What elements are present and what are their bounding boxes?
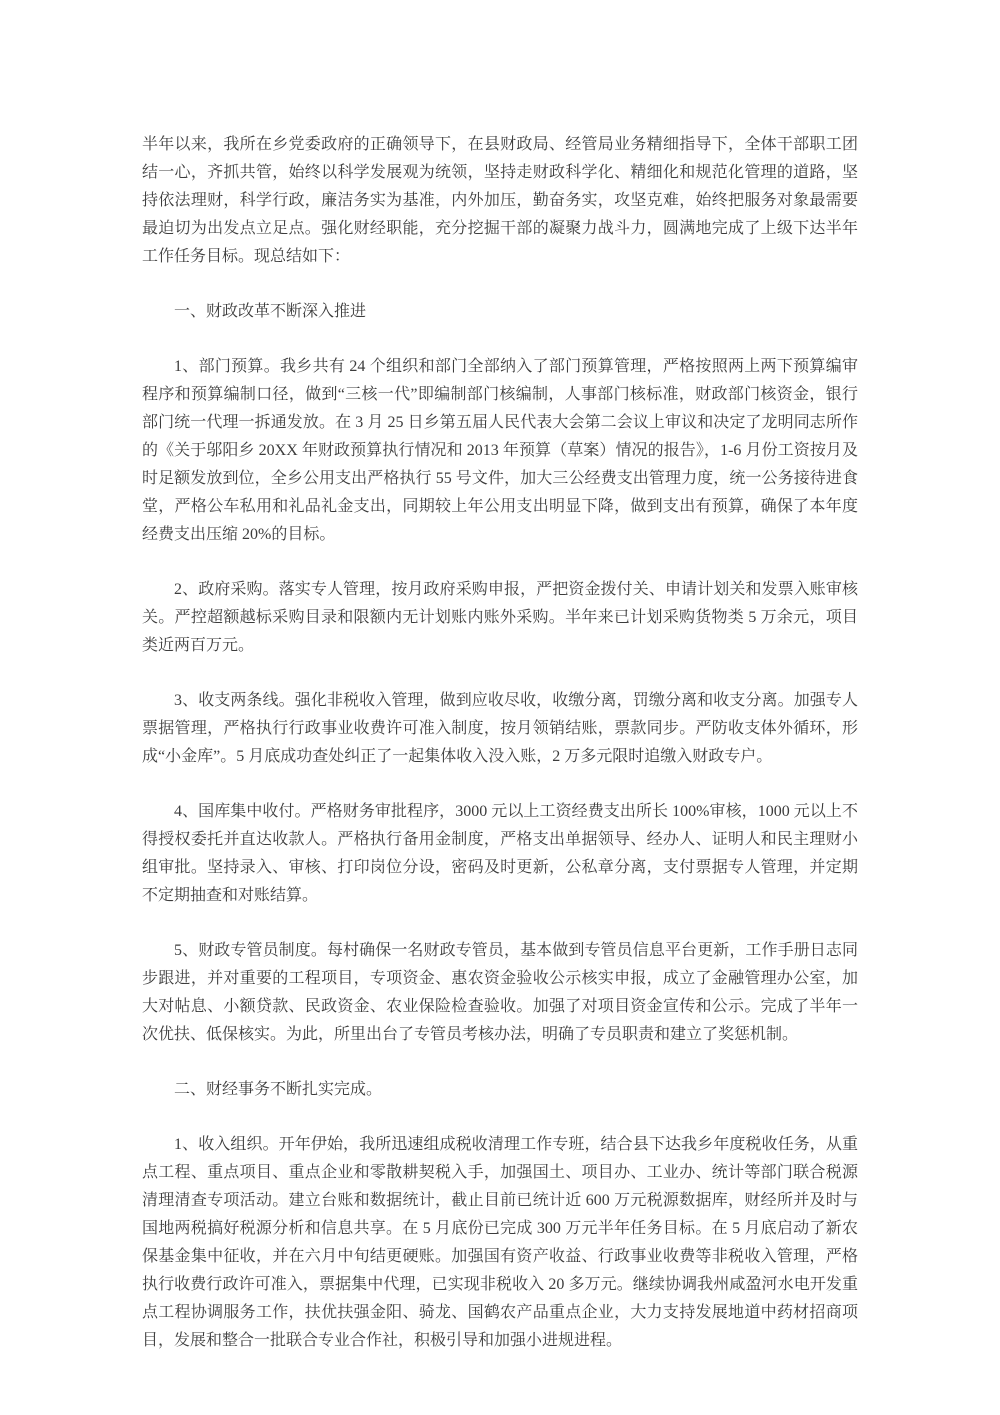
document-page: 半年以来，我所在乡党委政府的正确领导下，在县财政局、经管局业务精细指导下，全体干… xyxy=(142,0,858,1355)
section-1-heading: 一、财政改革不断深入推进 xyxy=(142,298,858,326)
section-1-paragraph-2: 2、政府采购。落实专人管理，按月政府采购申报，严把资金拨付关、申请计划关和发票入… xyxy=(142,576,858,660)
section-1-paragraph-3: 3、收支两条线。强化非税收入管理，做到应收尽收，收缴分离，罚缴分离和收支分离。加… xyxy=(142,687,858,771)
section-2-paragraph-1: 1、收入组织。开年伊始，我所迅速组成税收清理工作专班，结合县下达我乡年度税收任务… xyxy=(142,1131,858,1355)
section-2-heading: 二、财经事务不断扎实完成。 xyxy=(142,1076,858,1104)
section-1-paragraph-5: 5、财政专管员制度。每村确保一名财政专管员，基本做到专管员信息平台更新，工作手册… xyxy=(142,937,858,1049)
section-1-paragraph-1: 1、部门预算。我乡共有 24 个组织和部门全部纳入了部门预算管理，严格按照两上两… xyxy=(142,353,858,549)
intro-paragraph: 半年以来，我所在乡党委政府的正确领导下，在县财政局、经管局业务精细指导下，全体干… xyxy=(142,131,858,271)
section-1-paragraph-4: 4、国库集中收付。严格财务审批程序，3000 元以上工资经费支出所长 100%审… xyxy=(142,798,858,910)
